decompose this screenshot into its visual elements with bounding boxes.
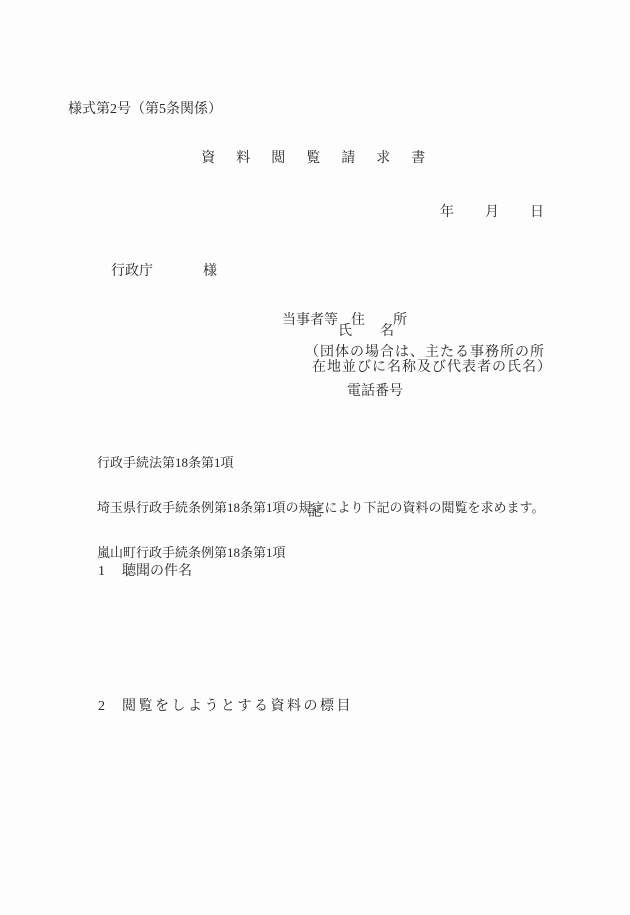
party-phone-label: 電話番号 bbox=[347, 385, 403, 399]
document-page: 様式第2号（第5条関係） 資 料 閲 覧 請 求 書 年 月 日 行政庁様 当事… bbox=[0, 0, 630, 915]
document-title: 資 料 閲 覧 請 求 書 bbox=[0, 152, 630, 166]
item-2-label: 閲覧をしようとする資料の標目 bbox=[122, 699, 353, 714]
item-2-number: 2 bbox=[98, 699, 105, 714]
form-number: 様式第2号（第5条関係） bbox=[68, 103, 222, 117]
item-1-label: 聴聞の件名 bbox=[122, 564, 192, 579]
list-item-1: 1聴聞の件名 bbox=[84, 551, 192, 593]
list-marker: 記 bbox=[0, 506, 630, 520]
list-item-2: 2閲覧をしようとする資料の標目 bbox=[84, 686, 353, 728]
addressee-honorific: 様 bbox=[203, 264, 217, 279]
party-name-label: 氏 名 bbox=[338, 325, 394, 339]
addressee-agency-label: 行政庁 bbox=[111, 264, 153, 279]
date-line: 年 月 日 bbox=[440, 206, 545, 220]
addressee-line: 行政庁様 bbox=[97, 251, 217, 293]
party-org-note-line2: 在地並びに名称及び代表者の氏名） bbox=[312, 361, 552, 375]
item-1-number: 1 bbox=[98, 564, 105, 579]
legal-basis-line-1: 行政手続法第18条第1項 bbox=[97, 455, 544, 470]
party-label: 当事者等 bbox=[282, 313, 338, 328]
party-org-note-line1: （団体の場合は、主たる事務所の所 bbox=[305, 346, 545, 360]
